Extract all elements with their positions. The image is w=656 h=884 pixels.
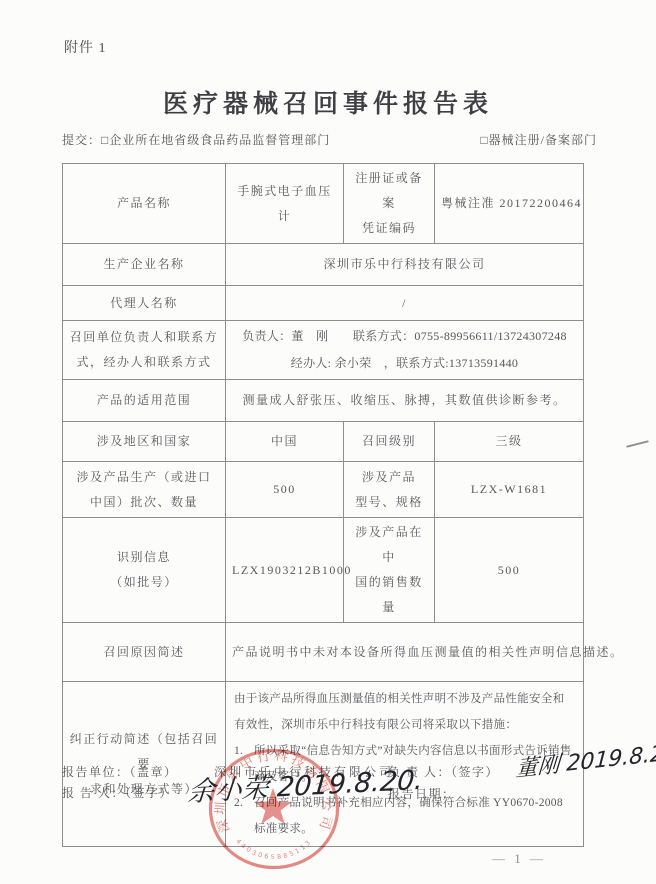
batch-label-line1: 涉及产品生产（或进口 [69,465,219,490]
cell-batch-label: 涉及产品生产（或进口 中国）批次、数量 [63,462,226,518]
contacts-label-line1: 召回单位负责人和联系方 [69,325,219,350]
row-batch: 涉及产品生产（或进口 中国）批次、数量 500 涉及产品 型号、规格 LZX-W… [63,462,584,518]
cell-product-name-value: 手腕式电子血压计 [226,164,344,244]
sales-label-line2: 国的销售数量 [350,570,428,620]
report-unit-label: 报告单位：（盖章） [62,763,178,780]
contact-line-responsible: 负责人：董 刚 联系方式：0755-89956611/13724307248 [232,323,577,350]
action-intro: 由于该产品所得血压测量值的相关性声明不涉及产品性能安全和有效性，深圳市乐中行科技… [234,686,575,738]
cell-registration-label: 注册证或备案 凭证编码 [344,164,435,244]
cell-reason-label: 召回原因简述 [63,623,226,682]
row-reason: 召回原因简述 产品说明书中未对本设备所得血压测量值的相关性声明信息描述。 [63,623,584,682]
identification-label-line2: （如批号） [69,570,219,595]
submit-option-registry-checkbox: □器械注册/备案部门 [480,131,597,148]
attachment-label: 附件 1 [64,37,107,57]
stray-pen-mark [626,440,649,448]
cell-sales-label: 涉及产品在中 国的销售数量 [344,518,435,623]
cell-contacts-label: 召回单位负责人和联系方 式，经办人和联系方式 [63,321,226,380]
contact-line-handler: 经办人: 余小荣 ，联系方式:13713591440 [232,350,577,377]
row-contacts: 召回单位负责人和联系方 式，经办人和联系方式 负责人：董 刚 联系方式：0755… [63,321,584,380]
cell-product-name-label: 产品名称 [63,164,226,244]
cell-manufacturer-value: 深圳市乐中行科技有限公司 [226,244,584,286]
cell-manufacturer-label: 生产企业名称 [63,244,226,286]
cell-model-label: 涉及产品 型号、规格 [344,462,435,518]
cell-recall-level-label: 召回级别 [344,422,435,462]
submit-line: 提交：□企业所在地省级食品药品监督管理部门 □器械注册/备案部门 [62,131,597,148]
cell-model-value: LZX-W1681 [435,462,584,518]
contacts-label-line2: 式，经办人和联系方式 [69,350,219,375]
submit-option-province-checkbox: □企业所在地省级食品药品监督管理部门 [101,133,330,147]
cell-contacts-value: 负责人：董 刚 联系方式：0755-89956611/13724307248 经… [226,321,584,380]
cell-sales-value: 500 [435,518,584,623]
sales-label-line1: 涉及产品在中 [350,520,428,570]
model-label-line2: 型号、规格 [350,490,428,515]
seal-number-text: 4403065885113 [234,837,313,861]
cell-scope-value: 测量成人舒张压、收缩压、脉搏，其数值供诊断参考。 [226,380,584,422]
batch-label-line2: 中国）批次、数量 [69,490,219,515]
row-identification: 识别信息 （如批号） LZX1903212B1000 涉及产品在中 国的销售数量… [63,518,584,623]
page-number: — 1 — [492,851,546,867]
cell-batch-value: 500 [226,462,344,518]
cell-scope-label: 产品的适用范围 [63,380,226,422]
model-label-line1: 涉及产品 [350,465,428,490]
cell-identification-value: LZX1903212B1000 [226,518,344,623]
cell-agent-value: / [226,286,584,321]
identification-label-line1: 识别信息 [69,545,219,570]
cell-identification-label: 识别信息 （如批号） [63,518,226,623]
report-form-table: 产品名称 手腕式电子血压计 注册证或备案 凭证编码 粤械注准 201722004… [62,163,584,847]
row-agent: 代理人名称 / [63,286,584,321]
reporter-label: 报 告 人：（签字） [62,784,173,801]
row-manufacturer: 生产企业名称 深圳市乐中行科技有限公司 [63,244,584,286]
cell-recall-level-value: 三级 [435,422,584,462]
cell-reason-value: 产品说明书中未对本设备所得血压测量值的相关性声明信息描述。 [226,623,584,682]
cell-region-label: 涉及地区和国家 [63,422,226,462]
registration-label-line1: 注册证或备案 [350,166,428,216]
registration-label-line2: 凭证编码 [350,216,428,241]
row-scope: 产品的适用范围 测量成人舒张压、收缩压、脉搏，其数值供诊断参考。 [63,380,584,422]
page-title: 医疗器械召回事件报告表 [0,84,656,120]
cell-agent-label: 代理人名称 [63,286,226,321]
scanned-report-page: 附件 1 医疗器械召回事件报告表 提交：□企业所在地省级食品药品监督管理部门 □… [0,0,656,884]
cell-region-value: 中国 [226,422,344,462]
row-product-name: 产品名称 手腕式电子血压计 注册证或备案 凭证编码 粤械注准 201722004… [63,164,584,244]
submit-label: 提交： [62,133,101,147]
row-region: 涉及地区和国家 中国 召回级别 三级 [63,422,584,462]
cell-registration-value: 粤械注准 20172200464 [435,164,584,244]
